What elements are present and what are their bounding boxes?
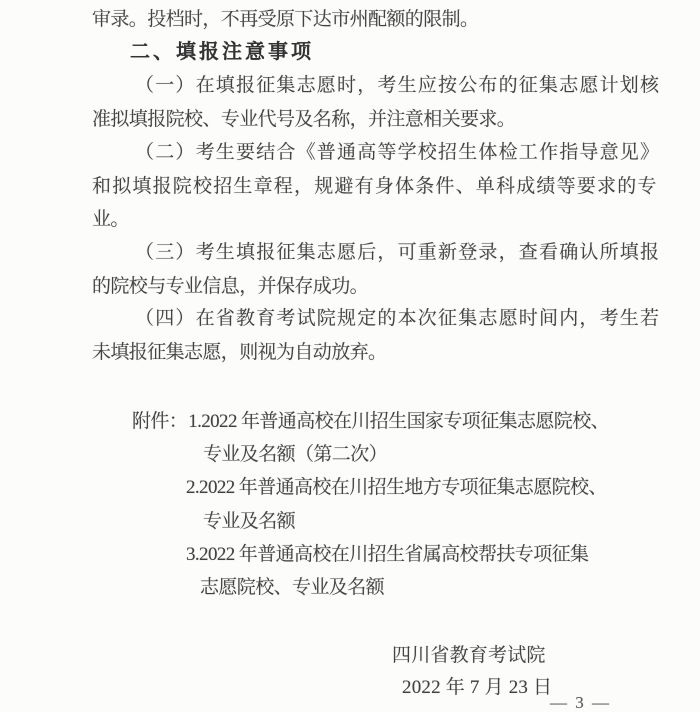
paragraph-4-line-1: （四）在省教育考试院规定的本次征集志愿时间内，考生若	[135, 307, 660, 331]
paragraph-2-line-2: 和拟填报院校招生章程，规避有身体条件、单科成绩等要求的专	[92, 175, 658, 199]
paragraph-1-line-2: 准拟填报院校、专业代号及名称，并注意相关要求。	[92, 108, 515, 132]
paragraph-3-line-2: 的院校与专业信息，并保存成功。	[92, 275, 368, 299]
attachment-2-line-2: 专业及名额	[203, 510, 295, 534]
paragraph-4-line-2: 未填报征集志愿，则视为自动放弃。	[92, 341, 386, 365]
paragraph-1-line-1: （一）在填报征集志愿时，考生应按公布的征集志愿计划核	[135, 74, 660, 98]
attachment-2-line-1: 2.2022 年普通高校在川招生地方专项征集志愿院校、	[186, 476, 607, 500]
issuer-name: 四川省教育考试院	[392, 644, 546, 668]
continuation-line: 审录。投档时，不再受原下达市州配额的限制。	[92, 8, 478, 32]
paragraph-2-line-1: （二）考生要结合《普通高等学校招生体检工作指导意见》	[135, 141, 660, 165]
paragraph-2-line-3: 业。	[92, 208, 129, 232]
attachment-1-line-1: 1.2022 年普通高校在川招生国家专项征集志愿院校、	[188, 410, 609, 434]
document-page: 审录。投档时，不再受原下达市州配额的限制。 二、填报注意事项 （一）在填报征集志…	[0, 0, 700, 712]
attachment-row-1: 附件： 1.2022 年普通高校在川招生国家专项征集志愿院校、	[132, 410, 609, 434]
paragraph-3-line-1: （三）考生填报征集志愿后，可重新登录，查看确认所填报	[135, 241, 660, 265]
issue-date: 2022 年 7 月 23 日	[402, 676, 552, 700]
section-heading: 二、填报注意事项	[130, 39, 314, 63]
attachments-label: 附件：	[132, 410, 187, 434]
attachment-3-line-2: 志愿院校、专业及名额	[200, 576, 384, 600]
attachment-3-line-1: 3.2022 年普通高校在川招生省属高校帮扶专项征集	[186, 543, 588, 567]
attachment-1-line-2: 专业及名额（第二次）	[203, 443, 387, 467]
page-number: — 3 —	[550, 691, 611, 712]
